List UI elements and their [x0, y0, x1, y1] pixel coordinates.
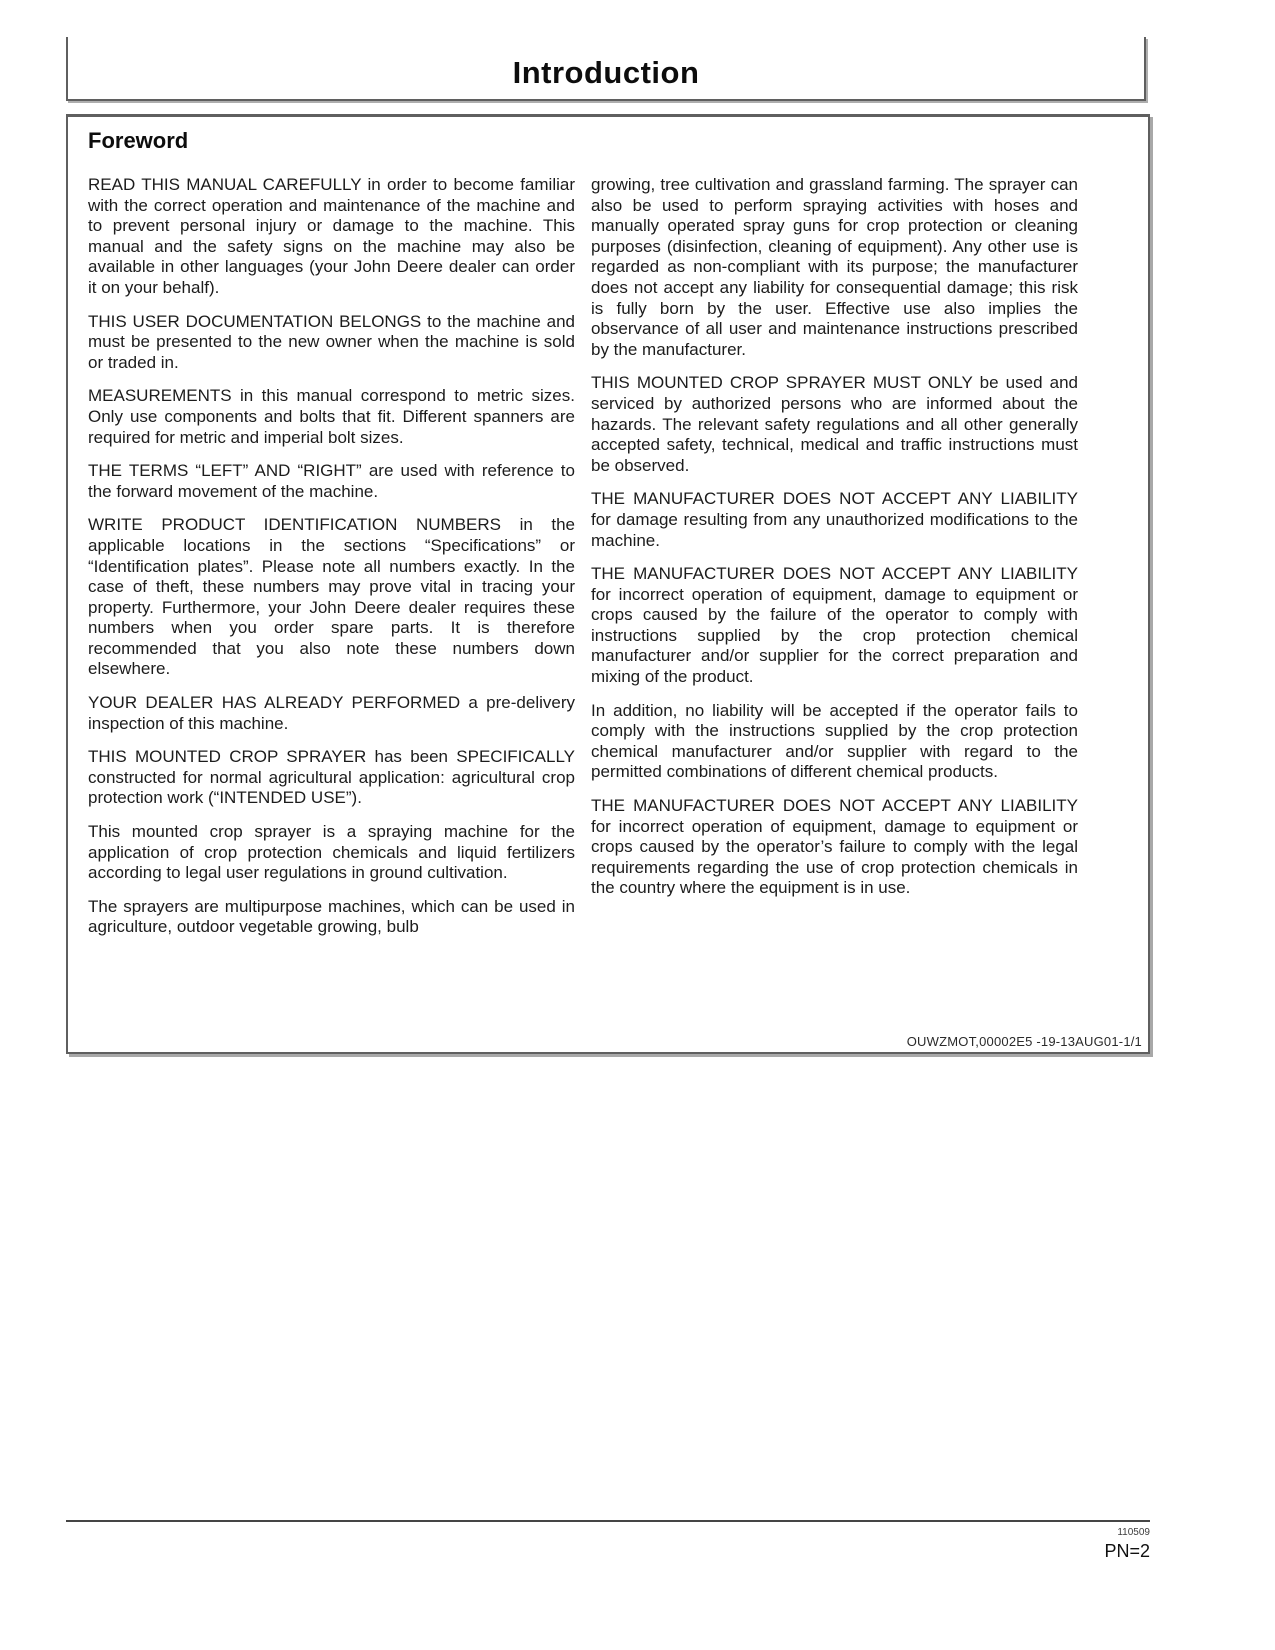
- footer-print-code: 110509: [1117, 1527, 1150, 1538]
- doc-reference-code: OUWZMOT,00002E5 -19-13AUG01-1/1: [907, 1034, 1142, 1049]
- paragraph-liability-incorrect-operation: THE MANUFACTURER DOES NOT ACCEPT ANY LIA…: [591, 564, 1078, 688]
- left-column: READ THIS MANUAL CAREFULLY in order to b…: [88, 175, 575, 951]
- page-title: Introduction: [513, 45, 700, 91]
- paragraph-measurements: MEASUREMENTS in this manual correspond t…: [88, 386, 575, 448]
- footer-divider: [66, 1520, 1150, 1522]
- paragraph-user-documentation: THIS USER DOCUMENTATION BELONGS to the m…: [88, 312, 575, 374]
- paragraph-multipurpose: The sprayers are multipurpose machines, …: [88, 897, 575, 938]
- paragraph-sprayer-description: This mounted crop sprayer is a spraying …: [88, 822, 575, 884]
- paragraph-read-this-manual: READ THIS MANUAL CAREFULLY in order to b…: [88, 175, 575, 299]
- paragraph-growing-uses: growing, tree cultivation and grassland …: [591, 175, 1078, 360]
- paragraph-no-liability-combinations: In addition, no liability will be accept…: [591, 701, 1078, 783]
- footer-page-number: PN=2: [1104, 1541, 1150, 1562]
- paragraph-authorized-persons: THIS MOUNTED CROP SPRAYER MUST ONLY be u…: [591, 373, 1078, 476]
- paragraph-liability-modifications: THE MANUFACTURER DOES NOT ACCEPT ANY LIA…: [591, 489, 1078, 551]
- section-heading: Foreword: [88, 128, 188, 154]
- paragraph-write-product-id: WRITE PRODUCT IDENTIFICATION NUMBERS in …: [88, 515, 575, 680]
- paragraph-intended-use: THIS MOUNTED CROP SPRAYER has been SPECI…: [88, 747, 575, 809]
- paragraph-terms-left-right: THE TERMS “LEFT” AND “RIGHT” are used wi…: [88, 461, 575, 502]
- right-column: growing, tree cultivation and grassland …: [591, 175, 1078, 951]
- paragraph-dealer-inspection: YOUR DEALER HAS ALREADY PERFORMED a pre-…: [88, 693, 575, 734]
- two-column-text: READ THIS MANUAL CAREFULLY in order to b…: [88, 175, 1098, 951]
- manual-page: { "header": { "title": "Introduction" },…: [0, 0, 1275, 1650]
- foreword-section-box: Foreword READ THIS MANUAL CAREFULLY in o…: [66, 114, 1150, 1054]
- paragraph-liability-legal-requirements: THE MANUFACTURER DOES NOT ACCEPT ANY LIA…: [591, 796, 1078, 899]
- page-header-box: Introduction: [66, 37, 1146, 101]
